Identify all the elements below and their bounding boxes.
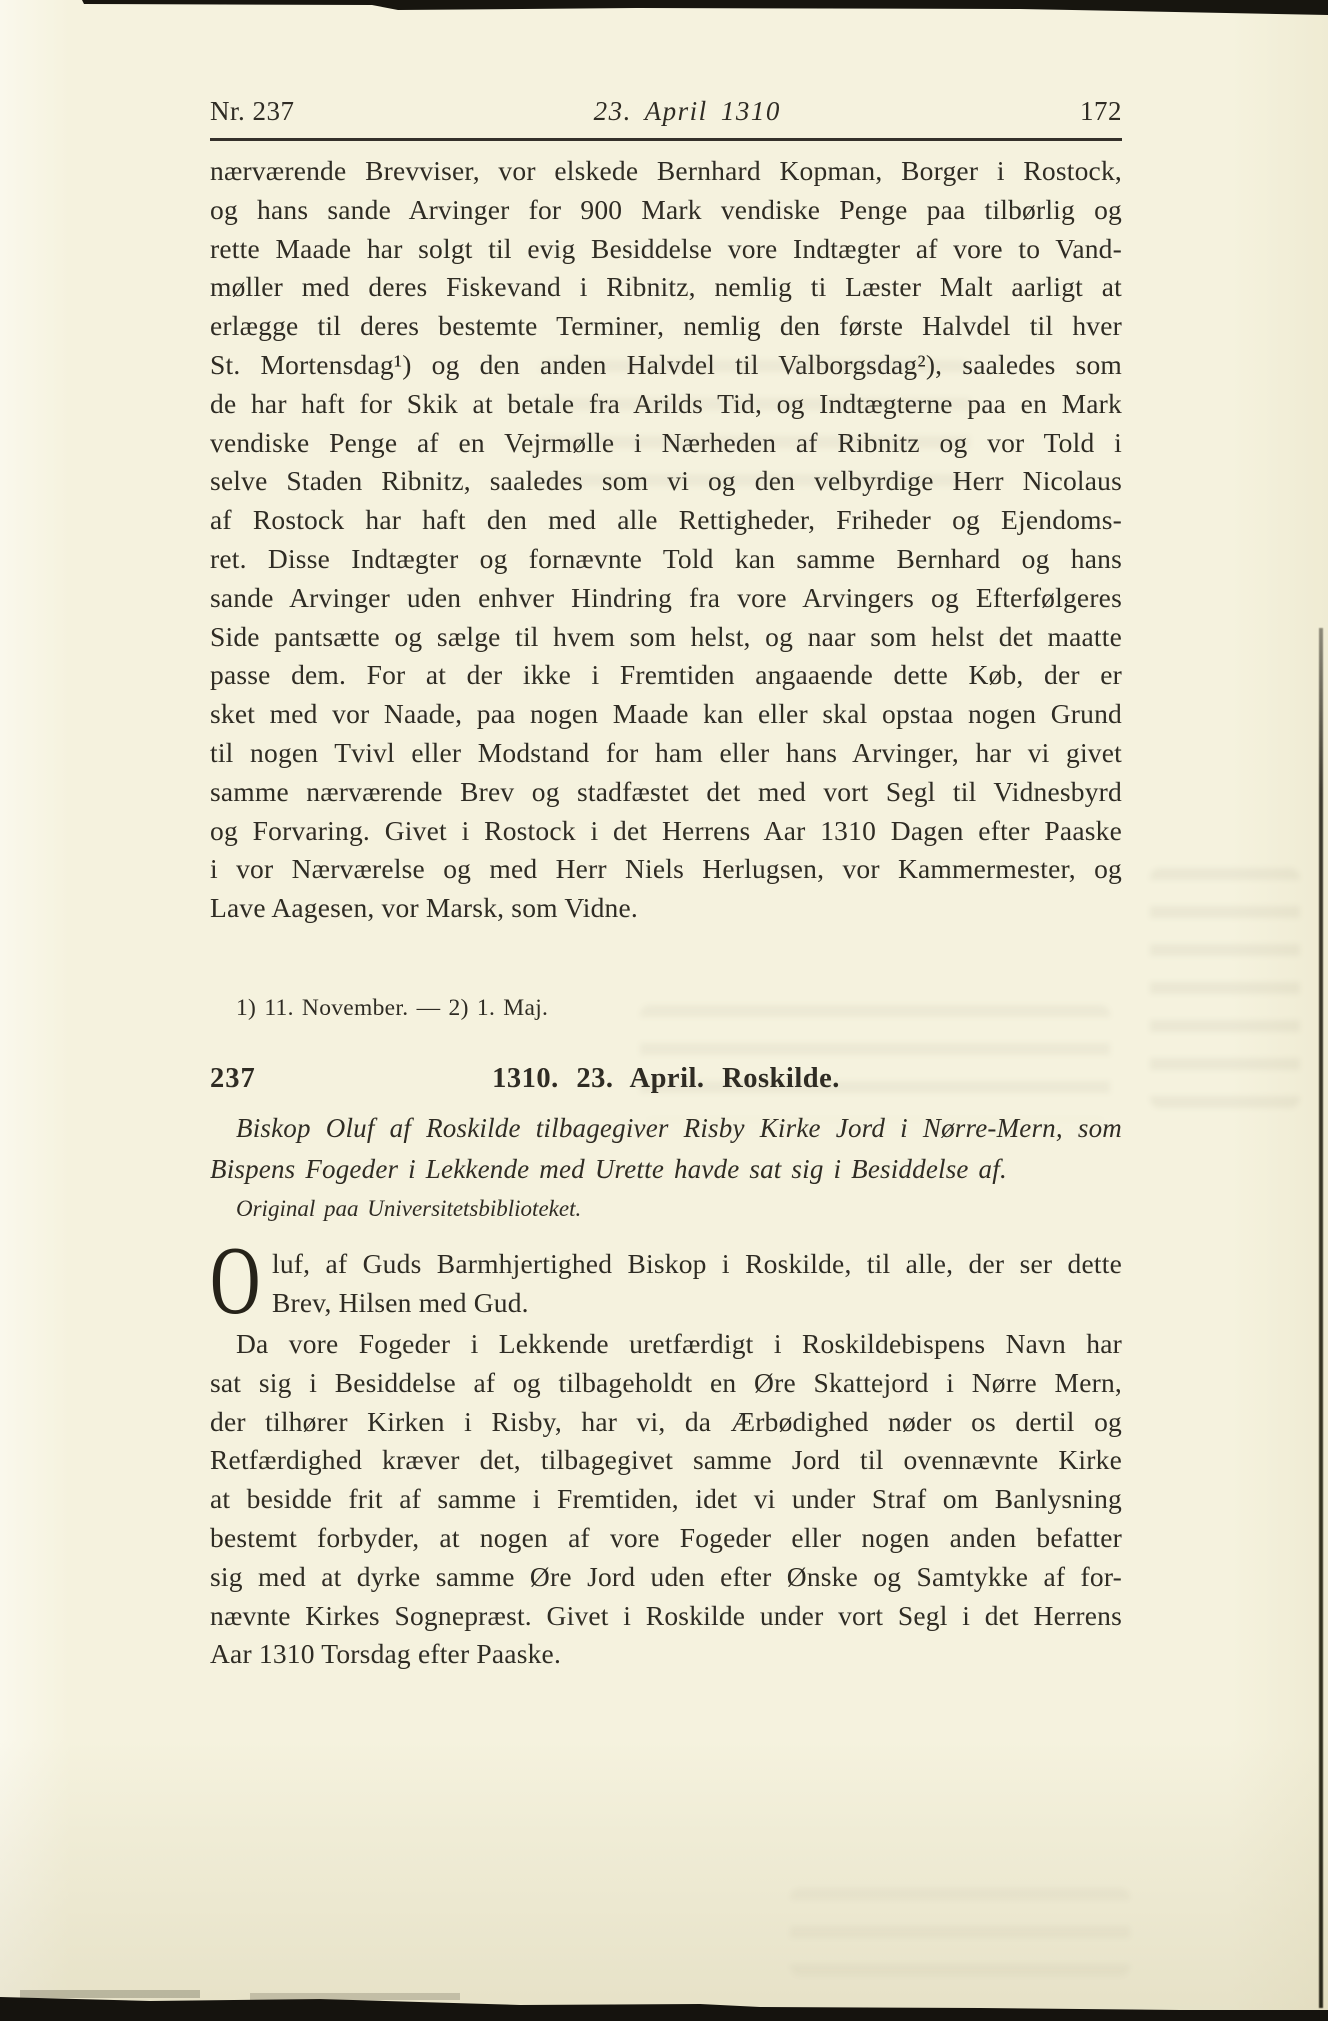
entry-body-paragraph: Da vore Fogeder i Lekkende uretfærdigt i… bbox=[210, 1325, 1122, 1674]
drop-cap-initial: O bbox=[210, 1245, 260, 1317]
header-date: 23. April 1310 bbox=[594, 96, 781, 127]
text-line: i vor Nærværelse og med Herr Niels Herlu… bbox=[210, 850, 1122, 889]
text-line: nærværende Brevviser, vor elskede Bernha… bbox=[210, 152, 1122, 191]
ink-bleedthrough-smudge bbox=[790, 1888, 1130, 1976]
text-line: erlægge til deres bestemte Terminer, nem… bbox=[210, 307, 1122, 346]
text-line: sat sig i Besiddelse af og tilbageholdt … bbox=[210, 1364, 1122, 1403]
scan-artifact-gutter-shadow bbox=[1319, 628, 1323, 2008]
text-line: vendiske Penge af en Vejrmølle i Nærhede… bbox=[210, 424, 1122, 463]
scanned-book-page: Nr. 237 23. April 1310 172 nærværende Br… bbox=[0, 0, 1328, 2021]
entry-number: 237 bbox=[210, 1063, 256, 1095]
header-page-number: 172 bbox=[1080, 96, 1122, 127]
footnotes-line: 1) 11. November. — 2) 1. Maj. bbox=[210, 995, 1122, 1022]
text-line: der tilhører Kirken i Risby, har vi, da … bbox=[210, 1403, 1122, 1442]
text-line: selve Staden Ribnitz, saaledes som vi og… bbox=[210, 462, 1122, 501]
text-line: møller med deres Fiskevand i Ribnitz, ne… bbox=[210, 268, 1122, 307]
scan-artifact-top-edge bbox=[0, 0, 1328, 18]
salutation-paragraph: O luf, af Guds Barmhjertighed Biskop i R… bbox=[210, 1245, 1122, 1323]
text-line: Aar 1310 Torsdag efter Paaske. bbox=[210, 1635, 1122, 1674]
entry-source-note: Original paa Universitetsbiblioteket. bbox=[210, 1196, 1122, 1222]
text-line: sig med at dyrke samme Øre Jord uden eft… bbox=[210, 1558, 1122, 1597]
continuation-paragraph: nærværende Brevviser, vor elskede Bernha… bbox=[210, 152, 1122, 928]
ink-bleedthrough-smudge bbox=[1150, 868, 1300, 1108]
entry-header: 237 1310. 23. April. Roskilde. bbox=[210, 1063, 1122, 1095]
text-line: nævnte Kirkes Sognepræst. Givet i Roskil… bbox=[210, 1597, 1122, 1636]
entry-summary: Biskop Oluf af Roskilde tilbagegiver Ris… bbox=[210, 1108, 1122, 1190]
text-line: ret. Disse Indtægter og fornævnte Told k… bbox=[210, 540, 1122, 579]
text-line: og hans sande Arvinger for 900 Mark vend… bbox=[210, 191, 1122, 230]
text-line: af Rostock har haft den med alle Rettigh… bbox=[210, 501, 1122, 540]
entry-heading: 1310. 23. April. Roskilde. bbox=[210, 1063, 1122, 1095]
text-line: de har haft for Skik at betale fra Arild… bbox=[210, 385, 1122, 424]
text-line: Bispens Fogeder i Lekkende med Urette ha… bbox=[210, 1149, 1122, 1190]
text-line: bestemt forbyder, at nogen af vore Foged… bbox=[210, 1519, 1122, 1558]
text-line: at besidde frit af samme i Fremtiden, id… bbox=[210, 1480, 1122, 1519]
text-line: samme nærværende Brev og stadfæstet det … bbox=[210, 773, 1122, 812]
scan-artifact-bottom-edge bbox=[0, 1985, 1328, 2021]
text-line: Retfærdighed kræver det, tilbagegivet sa… bbox=[210, 1441, 1122, 1480]
text-line: og Forvaring. Givet i Rostock i det Herr… bbox=[210, 812, 1122, 851]
text-line: luf, af Guds Barmhjertighed Biskop i Ros… bbox=[272, 1245, 1122, 1284]
text-line: Lave Aagesen, vor Marsk, som Vidne. bbox=[210, 889, 1122, 928]
text-line: sande Arvinger uden enhver Hindring fra … bbox=[210, 579, 1122, 618]
header-rule bbox=[210, 138, 1122, 141]
text-line: Brev, Hilsen med Gud. bbox=[272, 1284, 1122, 1323]
text-line: passe dem. For at der ikke i Fremtiden a… bbox=[210, 656, 1122, 695]
text-line: St. Mortensdag¹) og den anden Halvdel ti… bbox=[210, 346, 1122, 385]
text-line: Biskop Oluf af Roskilde tilbagegiver Ris… bbox=[210, 1108, 1122, 1149]
page-header: Nr. 237 23. April 1310 172 bbox=[210, 96, 1122, 127]
text-line: Da vore Fogeder i Lekkende uretfærdigt i… bbox=[210, 1325, 1122, 1364]
header-doc-number: Nr. 237 bbox=[210, 96, 295, 127]
text-line: sket med vor Naade, paa nogen Maade kan … bbox=[210, 695, 1122, 734]
salutation-lines: luf, af Guds Barmhjertighed Biskop i Ros… bbox=[272, 1245, 1122, 1323]
text-line: Side pantsætte og sælge til hvem som hel… bbox=[210, 618, 1122, 657]
text-line: rette Maade har solgt til evig Besiddels… bbox=[210, 230, 1122, 269]
text-line: til nogen Tvivl eller Modstand for ham e… bbox=[210, 734, 1122, 773]
